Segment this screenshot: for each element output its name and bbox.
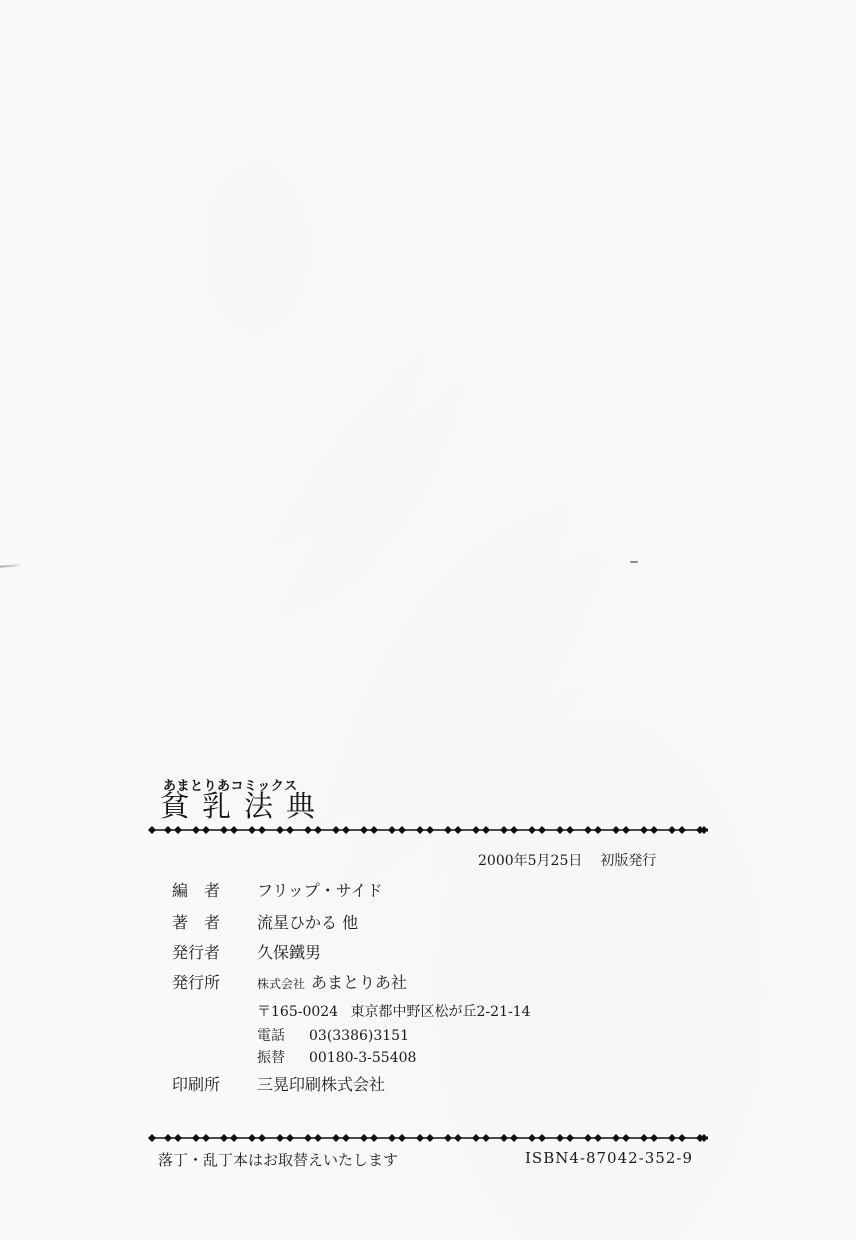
replacement-notice: 落丁・乱丁本はお取替えいたします (158, 1149, 398, 1170)
credit-label: 編 者 (172, 880, 242, 902)
diamond-chain-icon (148, 825, 708, 835)
credit-label: 発行所 (172, 972, 242, 994)
street-address: 東京都中野区松が丘2-21-14 (351, 1004, 531, 1020)
scan-artifact-mark (0, 564, 20, 567)
publisher-address: 〒165-0024 東京都中野区松が丘2-21-14 (257, 1002, 531, 1022)
issue-date: 2000年5月25日初版発行 (478, 850, 656, 870)
credit-label: 著 者 (172, 912, 242, 934)
phone-label: 電話 (257, 1026, 309, 1046)
book-title: 貧乳法典 (160, 788, 328, 824)
credit-label: 印刷所 (172, 1074, 242, 1096)
credit-value: 久保鐵男 (257, 942, 321, 964)
company-type-prefix: 株式会社 (257, 977, 305, 991)
edition-label: 初版発行 (600, 853, 656, 869)
transfer-label: 振替 (257, 1048, 309, 1068)
decorative-rule-top (148, 825, 708, 835)
credit-value: 三晃印刷株式会社 (257, 1074, 385, 1096)
issue-date-value: 2000年5月25日 (478, 853, 582, 869)
credit-value: 流星ひかる 他 (257, 912, 358, 934)
isbn: ISBN4-87042-352-9 (525, 1149, 693, 1167)
scan-artifact-mark (630, 561, 638, 563)
publisher-transfer: 振替00180-3-55408 (257, 1048, 416, 1068)
credit-value: フリップ・サイド (257, 880, 383, 902)
credit-label: 発行者 (172, 942, 242, 964)
transfer-account: 00180-3-55408 (309, 1050, 416, 1066)
paper-texture (0, 0, 856, 1240)
diamond-chain-icon (148, 1133, 708, 1143)
publisher-phone: 電話03(3386)3151 (257, 1026, 409, 1046)
postal-code: 〒165-0024 (257, 1004, 338, 1020)
decorative-rule-bottom (148, 1133, 708, 1143)
publisher-name: あまとりあ社 (311, 973, 407, 992)
phone-number: 03(3386)3151 (309, 1028, 409, 1044)
credit-value: 株式会社あまとりあ社 (257, 972, 407, 995)
